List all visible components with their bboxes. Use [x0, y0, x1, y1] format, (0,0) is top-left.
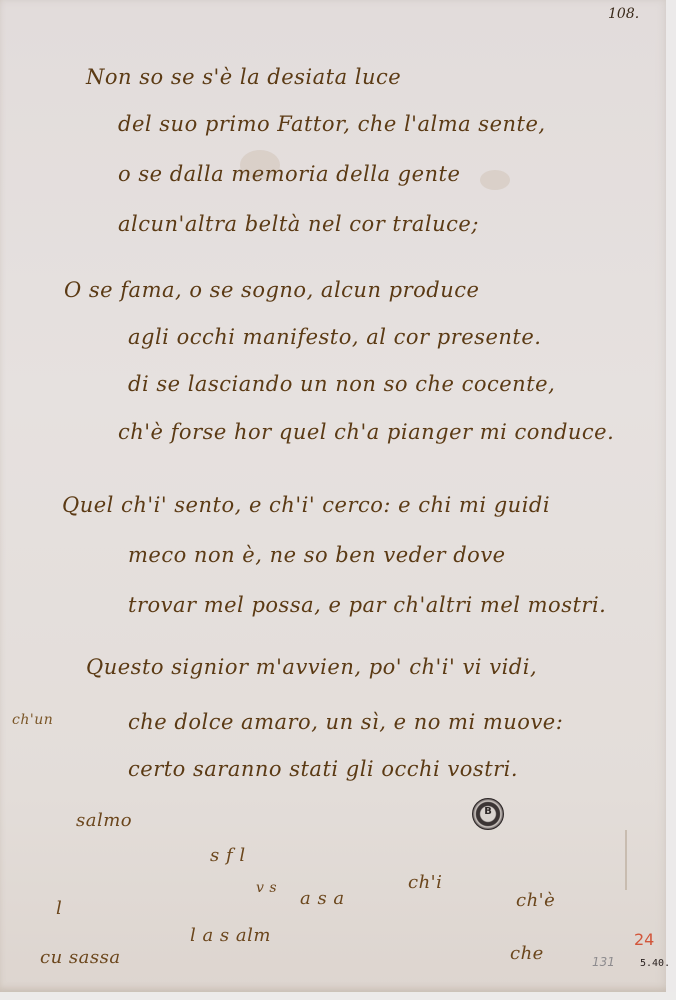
ink-stain — [480, 170, 510, 190]
pen-trial: v s — [256, 880, 277, 896]
pen-trial: che — [510, 943, 544, 964]
paper-repair — [625, 830, 633, 890]
pen-trial: cu sassa — [40, 947, 121, 968]
pen-trial: l a s alm — [190, 925, 271, 946]
verse-line: che dolce amaro, un sì, e no mi muove: — [128, 710, 563, 734]
library-stamp: B — [472, 798, 504, 830]
verse-line: meco non è, ne so ben veder dove — [128, 543, 506, 567]
page-edge-bottom — [0, 992, 676, 1000]
pen-trial: ch'è — [516, 890, 555, 911]
verse-line: certo saranno stati gli occhi vostri. — [128, 757, 518, 781]
pen-trial: l — [56, 898, 62, 919]
verse-line: o se dalla memoria della gente — [118, 162, 460, 186]
verse-line: Questo signior m'avvien, po' ch'i' vi vi… — [86, 655, 537, 679]
verse-line: di se lasciando un non so che cocente, — [128, 372, 555, 396]
verse-line: agli occhi manifesto, al cor presente. — [128, 325, 541, 349]
pen-trial: s f l — [210, 845, 246, 866]
stamp-letter: B — [473, 806, 503, 817]
verse-line: trovar mel possa, e par ch'altri mel mos… — [128, 593, 606, 617]
verse-line: ch'è forse hor quel ch'a pianger mi cond… — [118, 420, 614, 444]
shelfmark: 5.40. — [640, 958, 670, 969]
red-number: 24 — [634, 930, 654, 949]
page-edge-right — [666, 0, 676, 1000]
verse-line: Non so se s'è la desiata luce — [86, 65, 401, 89]
pen-trial: ch'i — [408, 872, 442, 893]
verse-line: O se fama, o se sogno, alcun produce — [64, 278, 479, 302]
folio-number: 108. — [608, 6, 639, 22]
margin-correction: ch'un — [12, 712, 53, 728]
pen-trial: a s a — [300, 888, 345, 909]
pencil-number: 131 — [592, 955, 615, 969]
verse-line: Quel ch'i' sento, e ch'i' cerco: e chi m… — [62, 493, 550, 517]
pen-trial: salmo — [76, 810, 132, 831]
verse-line: alcun'altra beltà nel cor traluce; — [118, 212, 479, 236]
verse-line: del suo primo Fattor, che l'alma sente, — [118, 112, 546, 136]
